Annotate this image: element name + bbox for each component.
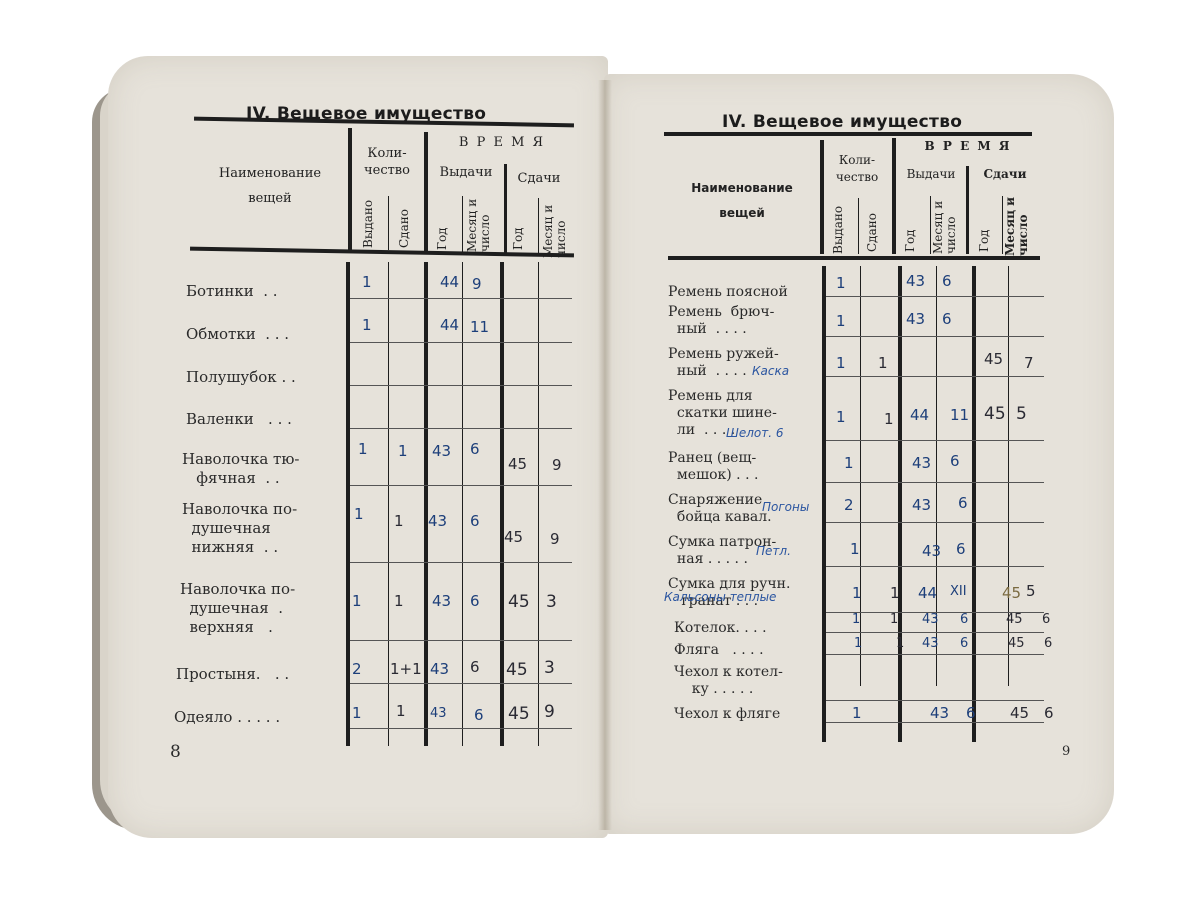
header-name-line2: вещей: [200, 190, 340, 207]
value-issued: 1: [836, 274, 846, 292]
value-returned: 1: [394, 512, 404, 530]
row-line: [826, 566, 1044, 567]
value-returned: 1+1: [390, 660, 422, 678]
value-issue-year: 44: [440, 316, 459, 334]
col-divider: [538, 198, 539, 254]
value-return-year: 45: [1006, 612, 1023, 627]
col-divider: [892, 138, 896, 254]
row-line: [826, 376, 1044, 377]
value-issue-monthday: 6: [942, 310, 952, 328]
item-name: Ботинки . .: [186, 282, 278, 301]
value-return-monthday: 5: [1026, 582, 1036, 600]
col-divider: [462, 262, 463, 746]
name-column-header: Наименование вещей: [200, 165, 340, 207]
header-name-line2: вещей: [672, 205, 812, 222]
return-monthday-header: Месяц и число: [1004, 196, 1032, 256]
value-issue-year: 43: [912, 454, 931, 472]
handwritten-note: Погоны: [762, 500, 809, 514]
return-year-header: Год: [512, 214, 525, 250]
value-issued: 1: [844, 454, 854, 472]
value-return-year: 45: [1010, 704, 1029, 722]
row-line: [826, 654, 1044, 655]
value-issue-year: 44: [910, 406, 929, 424]
col-divider: [388, 262, 389, 746]
value-returned: 1: [394, 592, 404, 610]
issue-monthday-header: Месяц и число: [932, 196, 960, 254]
value-return-year: 45: [1002, 584, 1021, 602]
value-return-year: 45: [984, 350, 1003, 368]
value-issue-year: 43: [922, 542, 941, 560]
handwritten-note: Петл.: [756, 544, 791, 558]
value-issue-year: 43: [930, 704, 949, 722]
value-return-year: 45: [508, 455, 527, 473]
issued-header: Выдано: [362, 196, 375, 248]
page-number: 8: [170, 742, 181, 762]
value-return-year: 45: [984, 404, 1006, 424]
value-return-year: 45: [508, 592, 530, 612]
value-issue-year: 43: [906, 272, 925, 290]
row-line: [826, 336, 1044, 337]
col-divider: [972, 266, 976, 742]
value-issue-monthday: 11: [470, 318, 489, 336]
value-returned: 1: [878, 354, 888, 372]
issue-year-header: Год: [904, 216, 917, 252]
row-line: [826, 632, 1044, 633]
header-name-line1: Наименование: [200, 165, 340, 182]
item-name: Ремень поясной: [668, 284, 788, 301]
value-issue-monthday: 6: [966, 704, 976, 722]
handwritten-note: Кальсоны теплые: [664, 590, 776, 604]
col-divider: [348, 128, 352, 250]
name-column-header: Наименование вещей: [672, 180, 812, 222]
handwritten-note: Каска: [752, 364, 789, 378]
value-return-monthday: 3: [544, 658, 555, 678]
item-name: Валенки . . .: [186, 410, 292, 429]
item-name: Наволочка тю- фячная . .: [182, 450, 300, 488]
return-monthday-header: Месяц и число: [542, 198, 570, 258]
row-line: [350, 342, 572, 343]
col-divider: [820, 140, 824, 254]
value-return-monthday: 9: [544, 702, 555, 722]
book-gutter: [598, 80, 612, 830]
value-issue-year: 43: [432, 442, 451, 460]
row-line: [350, 298, 572, 299]
value-return-monthday: 3: [546, 592, 557, 612]
item-name: Чехол к котел- ку . . . . .: [674, 664, 783, 698]
col-divider: [930, 196, 931, 254]
issue-monthday-header: Месяц и число: [466, 196, 494, 252]
value-returned: 1: [896, 636, 904, 651]
col-divider: [500, 262, 504, 746]
page-number: 9: [1062, 744, 1070, 759]
value-issue-monthday: 6: [474, 706, 484, 724]
value-issued: 1: [354, 505, 364, 523]
item-name: Наволочка по- душечная нижняя . .: [182, 500, 297, 557]
value-issue-monthday: 6: [470, 592, 480, 610]
value-issue-year: 43: [432, 592, 451, 610]
value-return-year: 45: [506, 660, 528, 680]
row-line: [350, 485, 572, 486]
value-issued: 1: [352, 592, 362, 610]
item-name: Фляга . . . .: [674, 642, 764, 659]
value-issued: 1: [854, 636, 862, 651]
value-issued: 1: [836, 354, 846, 372]
value-issued: 1: [850, 540, 860, 558]
value-issued: 1: [362, 273, 372, 291]
value-returned: 1: [396, 702, 406, 720]
row-line: [826, 700, 1044, 701]
value-return-monthday: 9: [550, 530, 560, 548]
value-issue-monthday: 6: [470, 440, 480, 458]
value-issued: 1: [852, 612, 860, 627]
value-issue-year: 43: [906, 310, 925, 328]
value-issued: 1: [836, 312, 846, 330]
value-issue-year: 43: [430, 706, 447, 721]
value-issue-year: 43: [912, 496, 931, 514]
value-issue-year: 44: [440, 273, 459, 291]
quantity-header: Коли- чество: [824, 152, 890, 186]
item-name: Снаряжение бойца кавал.: [668, 492, 772, 526]
header-bottom-rule: [668, 256, 1040, 260]
value-issued: 1: [852, 584, 862, 602]
row-line: [826, 482, 1044, 483]
value-issued: 1: [362, 316, 372, 334]
value-returned: 1: [890, 584, 900, 602]
value-issue-year: 43: [922, 636, 939, 651]
value-issue-year: 44: [918, 584, 937, 602]
col-divider: [462, 196, 463, 252]
value-return-monthday: 5: [1016, 404, 1027, 424]
value-issued: 1: [358, 440, 368, 458]
row-line: [350, 562, 572, 563]
value-issue-monthday: 6: [956, 540, 966, 558]
value-return-monthday: 7: [1024, 354, 1034, 372]
issue-year-header: Год: [436, 214, 449, 250]
returned-header: Сдано: [866, 206, 879, 252]
issue-time-header: Выдачи: [896, 166, 966, 183]
item-name: Чехол к фляге: [674, 706, 780, 723]
item-name: Простыня. . .: [176, 665, 289, 684]
value-return-year: 45: [504, 528, 523, 546]
value-issue-monthday: 6: [958, 494, 968, 512]
col-divider: [822, 266, 826, 742]
col-divider: [966, 166, 969, 254]
handwritten-note: Шелот. 6: [726, 426, 783, 440]
value-issue-year: 43: [922, 612, 939, 627]
return-time-header: Сдачи: [972, 166, 1038, 183]
value-return-year: 45: [508, 704, 530, 724]
value-returned: 1: [890, 612, 898, 627]
col-divider: [424, 262, 428, 746]
col-divider: [898, 266, 902, 742]
row-line: [350, 428, 572, 429]
title-rule: [664, 132, 1032, 136]
header-name-line1: Наименование: [672, 180, 812, 197]
value-issue-monthday: 6: [942, 272, 952, 290]
value-return-monthday: 6: [1044, 636, 1052, 651]
time-header: В Р Е М Я: [898, 138, 1038, 155]
value-issued: 2: [352, 660, 362, 678]
col-divider: [424, 132, 428, 252]
value-returned: 1: [884, 410, 894, 428]
item-name: Наволочка по- душечная . верхняя .: [180, 580, 295, 637]
value-issue-monthday: 6: [470, 512, 480, 530]
item-name: Ранец (вещ- мешок) . . .: [668, 450, 758, 484]
value-issue-monthday: 9: [472, 275, 482, 293]
row-line: [826, 296, 1044, 297]
value-issue-monthday: 6: [960, 612, 968, 627]
row-line: [350, 385, 572, 386]
row-line: [350, 728, 572, 729]
quantity-header: Коли- чество: [352, 145, 422, 179]
row-line: [350, 683, 572, 684]
col-divider: [504, 164, 507, 254]
value-issue-monthday: 11: [950, 406, 969, 424]
open-booklet: IV. Вещевое имущество Наименование вещей…: [0, 0, 1200, 900]
value-return-monthday: 6: [1044, 704, 1054, 722]
time-header: В Р Е М Я: [430, 134, 574, 151]
item-name: Одеяло . . . . .: [174, 708, 280, 727]
value-issued: 1: [352, 704, 362, 722]
page-title: IV. Вещевое имущество: [722, 112, 962, 132]
row-line: [826, 722, 1044, 723]
returned-header: Сдано: [398, 196, 411, 248]
row-line: [826, 522, 1044, 523]
return-year-header: Год: [978, 216, 991, 252]
value-issue-monthday: 6: [960, 636, 968, 651]
col-divider: [858, 198, 859, 254]
item-name: Обмотки . . .: [186, 325, 289, 344]
col-divider: [388, 196, 389, 250]
value-issued: 2: [844, 496, 854, 514]
value-return-monthday: 6: [1042, 612, 1050, 627]
value-issue-year: 43: [428, 512, 447, 530]
value-issue-monthday: 6: [470, 658, 480, 676]
return-time-header: Сдачи: [506, 170, 572, 187]
issue-time-header: Выдачи: [428, 164, 504, 181]
col-divider: [346, 262, 350, 746]
row-line: [350, 640, 572, 641]
value-issue-year: 43: [430, 660, 449, 678]
item-name: Полушубок . .: [186, 368, 296, 387]
item-name: Котелок. . . .: [674, 620, 767, 637]
value-return-monthday: 9: [552, 456, 562, 474]
value-return-year: 45: [1008, 636, 1025, 651]
col-divider: [1002, 196, 1003, 254]
value-issue-monthday: 6: [950, 452, 960, 470]
col-divider: [538, 262, 539, 746]
value-returned: 1: [398, 442, 408, 460]
value-issued: 1: [836, 408, 846, 426]
issued-header: Выдано: [832, 202, 845, 254]
row-line: [826, 440, 1044, 441]
value-issued: 1: [852, 704, 862, 722]
value-issue-monthday: XII: [950, 584, 967, 599]
item-name: Ремень брюч- ный . . . .: [668, 304, 774, 338]
